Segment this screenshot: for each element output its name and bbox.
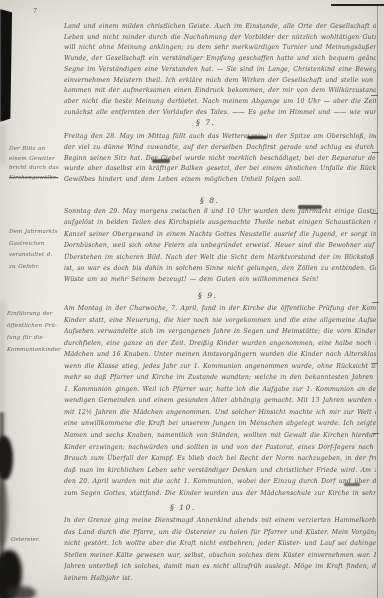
handwritten-line: einem Gewitter [9, 155, 63, 165]
manuscript-page: 7 Land und einem milden christlichen Gei… [0, 0, 384, 598]
handwritten-line: öffentlichen Prü- [7, 320, 65, 332]
handwritten-line: Wüste um so mehr Seinem bezeugt! — dem G… [64, 274, 376, 285]
handwritten-line: Kommunionkinder [7, 344, 65, 356]
paragraph-section-8: Sonntag den 29. May morgens zwischen 8 u… [64, 206, 376, 286]
edge-smudge [0, 124, 5, 164]
ink-blotch [0, 436, 13, 480]
paragraph-section-10: In der Grenze ging meine Dienstmagd Anne… [64, 515, 376, 584]
handwritten-line: ist, so war es doch bis dahin in solchem… [64, 263, 376, 274]
handwritten-line: der viel zu dünne Wind zuwandte, auf der… [64, 143, 376, 154]
page-number-mark: 7 [33, 8, 37, 15]
scan-edge-black-band [0, 9, 14, 122]
handwritten-line: zum Segen Gottes, stattfand. Die Kinder … [64, 488, 376, 500]
handwritten-line: Kinder erzwingen; nachwürden und sollten… [64, 442, 376, 454]
handwritten-line: Dem Jahrmarkts [9, 227, 63, 239]
handwritten-line: keinem Halbjahr ist. [64, 573, 376, 585]
handwritten-line: Ostereier. [11, 535, 65, 545]
handwritten-line: Gastreichen [9, 239, 63, 251]
handwritten-line: Der Blitz an [9, 145, 63, 155]
handwritten-line: den 20. April wurden mit die acht 1. Kom… [64, 476, 376, 488]
handwritten-line: Am Montag in der Charwoche, 7. April, fa… [64, 303, 376, 315]
handwritten-line: In der Grenze ging meine Dienstmagd Anne… [64, 515, 376, 527]
handwritten-line: kommen mit der aufmerksamen einen Eindru… [64, 86, 376, 97]
handwritten-line: wenn die Klasse stieg, jedes Jahr zur 1.… [64, 361, 376, 373]
paragraph-continuation: Land und einem milden christlichen Geist… [64, 22, 376, 118]
handwritten-line: das Land durch die Pfarre, um die Ostere… [64, 527, 376, 539]
handwritten-line: Jahren unterließ ich solches, damit man … [64, 561, 376, 573]
handwritten-line: fung für die [7, 332, 65, 344]
section-heading-7: § 7. [196, 118, 215, 127]
handwritten-line: Freitag den 28. May im Mittag fällt auch… [64, 132, 376, 143]
handwritten-line: Brauch zum Überfall der Kampf. Es blieb … [64, 453, 376, 465]
handwritten-line: 1. Kommunion gingen. Weil ich Pfarrer wa… [64, 384, 376, 396]
handwritten-line: durchfielen, eine ganze an der Zeit. Dre… [64, 338, 376, 350]
handwritten-line: Aufsehen verwandelte sich im vergangenen… [64, 326, 376, 338]
handwritten-line: Gewölbes hindert und dem Leben einem mög… [64, 175, 376, 186]
ink-blotch [6, 586, 36, 598]
handwritten-line: Kirchengewölbe. [9, 174, 63, 184]
handwritten-line: Einführung der [7, 308, 65, 320]
handwritten-line: mit 12½ Jahren die Mädchen angenommen. U… [64, 407, 376, 419]
handwritten-line: wurde aber daselbst ein kräftiger Balken… [64, 164, 376, 175]
handwritten-line: aber nicht die beste Meinung darbietet. … [64, 97, 376, 108]
margin-note-jahrmarkt: Dem JahrmarktsGastreichenveranstaltet d.… [9, 227, 63, 274]
section-heading-8: § 8. [200, 196, 219, 205]
handwritten-line: einvernehmen Meistern theil. Ich erkläre… [64, 76, 376, 87]
handwritten-line: Mädchen und 16 Knaben. Unter meinen Amts… [64, 349, 376, 361]
handwritten-line: Überstehen im sicheren Bild. Nach der We… [64, 252, 376, 263]
handwritten-line: Segne im Verständigen eine Verstanden ha… [64, 65, 376, 76]
margin-note-lightning: Der Blitz aneinem Gewitterbricht durch d… [9, 145, 63, 183]
handwritten-line: Stellen meiner Kälte gewesen war, selbst… [64, 550, 376, 562]
handwritten-line: mehr so daß Pfarrer und Kirche im Zustan… [64, 372, 376, 384]
section-heading-10: § 10. [170, 503, 196, 512]
handwritten-line: wendigen Gemeinden und einem gesunden Al… [64, 395, 376, 407]
section-heading-9: § 9. [198, 291, 217, 300]
handwritten-line: will nicht ohne Meinung anklingen; zu de… [64, 43, 376, 54]
ink-blotch [0, 480, 8, 546]
handwritten-line: Wunde, der Gesellschaft ein verständiger… [64, 54, 376, 65]
paragraph-section-7: Freitag den 28. May im Mittag fällt auch… [64, 132, 376, 186]
margin-note-pruefung: Einführung deröffentlichen Prü-fung für … [7, 308, 65, 356]
handwritten-line: zunächst alle entfernten der Vorläufer d… [64, 108, 376, 119]
handwritten-line: veranstaltet d. [9, 250, 63, 262]
handwritten-line: aufgelöst in beiden Teilen des Kirchspie… [64, 217, 376, 228]
paragraph-section-9: Am Montag in der Charwoche, 7. April, fa… [64, 303, 376, 499]
handwritten-line: Dornbüschen, weil sich ohne Feiern als u… [64, 240, 376, 251]
handwritten-line: Kinder statt, eine Neuerung, die hier no… [64, 315, 376, 327]
handwritten-line: eine unwillkommene die Kraft bei unserem… [64, 418, 376, 430]
handwritten-line: Leben und nicht minder durch die Nachahm… [64, 33, 376, 44]
handwritten-line: daß man im kirchlichen Leben sehr verstä… [64, 465, 376, 477]
handwritten-line: nicht gestört. Ich wollte aber die Kraft… [64, 538, 376, 550]
page-fold-line [377, 4, 378, 598]
handwritten-line: Land und einem milden christlichen Geist… [64, 22, 376, 33]
edge-smudge [0, 300, 4, 410]
handwritten-line: Beginn seinen Sitz hat. Der Giebel wurde… [64, 154, 376, 165]
handwritten-line: Kanzel seiner Obergewand in einem Nachts… [64, 229, 376, 240]
handwritten-line: Sonntag den 29. May morgens zwischen 8 u… [64, 206, 376, 217]
handwritten-line: Namen und sechs Knaben, namentlich von S… [64, 430, 376, 442]
handwritten-line: zu Gefahr. [9, 262, 63, 274]
handwritten-line: bricht durch das [9, 164, 63, 174]
scan-edge-top-line [331, 4, 384, 6]
margin-note-ostereier: Ostereier. [11, 535, 65, 545]
